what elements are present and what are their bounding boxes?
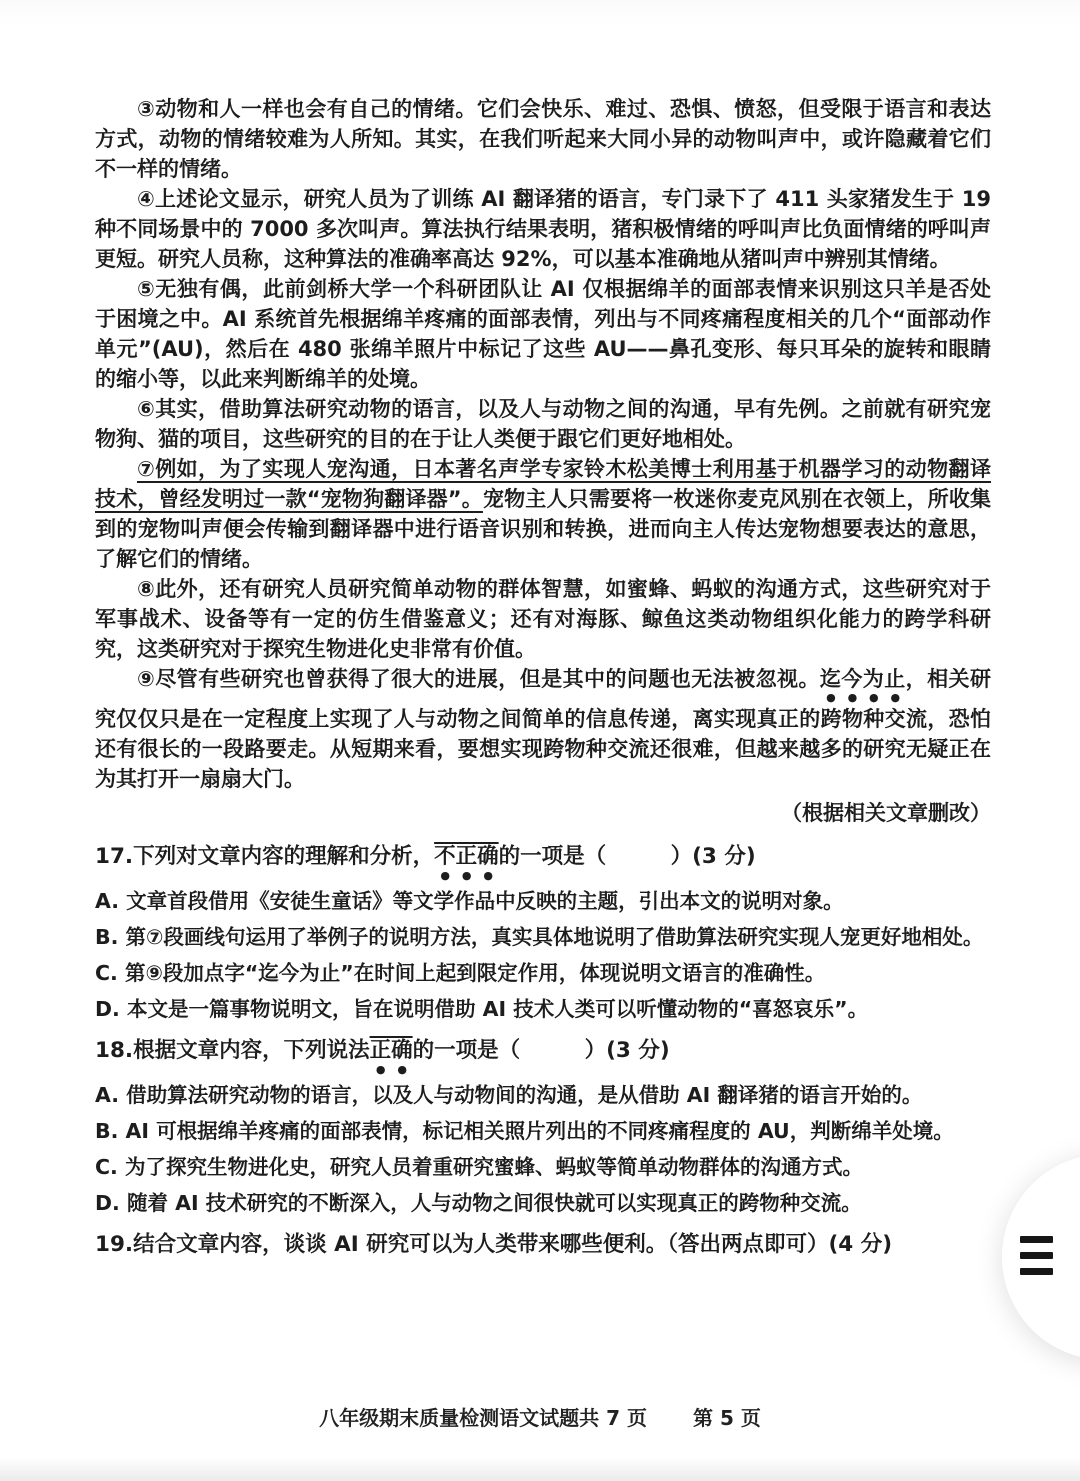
passage-paragraph-5: ⑤无独有偶，此前剑桥大学一个科研团队让 AI 仅根据绵羊的面部表情来识别这只羊是… <box>95 274 991 394</box>
passage-paragraph-9: ⑨尽管有些研究也曾获得了很大的进展，但是其中的问题也无法被忽视。迄今为止，相关研… <box>95 664 991 794</box>
source-attribution-note: （根据相关文章删改） <box>95 798 991 828</box>
question-17-option-a: A. 文章首段借用《安徒生童话》等文学作品中反映的主题，引出本文的说明对象。 <box>95 885 991 918</box>
passage-paragraph-7: ⑦例如，为了实现人宠沟通，日本著名声学专家铃木松美博士利用基于机器学习的动物翻译… <box>95 454 991 574</box>
passage-paragraph-8: ⑧此外，还有研究人员研究简单动物的群体智慧，如蜜蜂、蚂蚁的沟通方式，这些研究对于… <box>95 574 991 664</box>
question-17: 17.下列对文章内容的理解和分析，不正确的一项是（ ）(3 分) A. 文章首段… <box>95 840 991 1026</box>
footer-page-number: 第 5 页 <box>693 1402 761 1431</box>
dotted-emphasis-phrase: 迄今为止 <box>820 667 906 691</box>
question-18-stem-lead: 18.根据文章内容，下列说法 <box>95 1038 370 1063</box>
page-footer: 八年级期末质量检测语文试题共 7 页 第 5 页 <box>0 1402 1080 1431</box>
question-18-option-d: D. 随着 AI 技术研究的不断深入，人与动物之间很快就可以实现真正的跨物种交流… <box>95 1187 991 1220</box>
question-17-option-b: B. 第⑦段画线句运用了举例子的说明方法，真实具体地说明了借助算法研究实现人宠更… <box>95 921 991 954</box>
question-17-option-d: D. 本文是一篇事物说明文，旨在说明借助 AI 技术人类可以听懂动物的“喜怒哀乐… <box>95 993 991 1026</box>
question-18-option-a: A. 借助算法研究动物的语言，以及人与动物间的沟通，是从借助 AI 翻译猪的语言… <box>95 1079 991 1112</box>
question-17-stem-tail: 的一项是（ ）(3 分) <box>499 844 756 869</box>
question-17-key-term: 不正确 <box>434 844 499 869</box>
question-17-option-c: C. 第⑨段加点字“迄今为止”在时间上起到限定作用，体现说明文语言的准确性。 <box>95 957 991 990</box>
question-18-stem-tail: 的一项是（ ）(3 分) <box>413 1038 670 1063</box>
passage-paragraph-3: ③动物和人一样也会有自己的情绪。它们会快乐、难过、恐惧、愤怒，但受限于语言和表达… <box>95 94 991 184</box>
hamburger-menu-icon[interactable] <box>1020 1236 1053 1275</box>
question-18-option-c: C. 为了探究生物进化史，研究人员着重研究蜜蜂、蚂蚁等简单动物群体的沟通方式。 <box>95 1151 991 1184</box>
passage-and-questions: ③动物和人一样也会有自己的情绪。它们会快乐、难过、恐惧、愤怒，但受限于语言和表达… <box>95 94 991 1262</box>
question-17-stem: 17.下列对文章内容的理解和分析，不正确的一项是（ ）(3 分) <box>95 840 991 882</box>
question-18-option-b: B. AI 可根据绵羊疼痛的面部表情，标记相关照片列出的不同疼痛程度的 AU，判… <box>95 1115 991 1148</box>
passage-paragraph-4: ④上述论文显示，研究人员为了训练 AI 翻译猪的语言，专门录下了 411 头家猪… <box>95 184 991 274</box>
question-18: 18.根据文章内容，下列说法正确的一项是（ ）(3 分) A. 借助算法研究动物… <box>95 1034 991 1220</box>
footer-exam-title: 八年级期末质量检测语文试题共 7 页 <box>319 1402 647 1431</box>
question-18-key-term: 正确 <box>370 1038 413 1063</box>
question-19-stem: 19.结合文章内容，谈谈 AI 研究可以为人类带来哪些便利。（答出两点即可）(4… <box>95 1228 991 1262</box>
question-18-stem: 18.根据文章内容，下列说法正确的一项是（ ）(3 分) <box>95 1034 991 1076</box>
paragraph-9-lead: ⑨尽管有些研究也曾获得了很大的进展，但是其中的问题也无法被忽视。 <box>137 667 820 691</box>
passage-paragraph-6: ⑥其实，借助算法研究动物的语言，以及人与动物之间的沟通，早有先例。之前就有研究宠… <box>95 394 991 454</box>
question-17-stem-lead: 17.下列对文章内容的理解和分析， <box>95 844 434 869</box>
scanned-exam-page: ③动物和人一样也会有自己的情绪。它们会快乐、难过、恐惧、愤怒，但受限于语言和表达… <box>0 0 1080 1481</box>
